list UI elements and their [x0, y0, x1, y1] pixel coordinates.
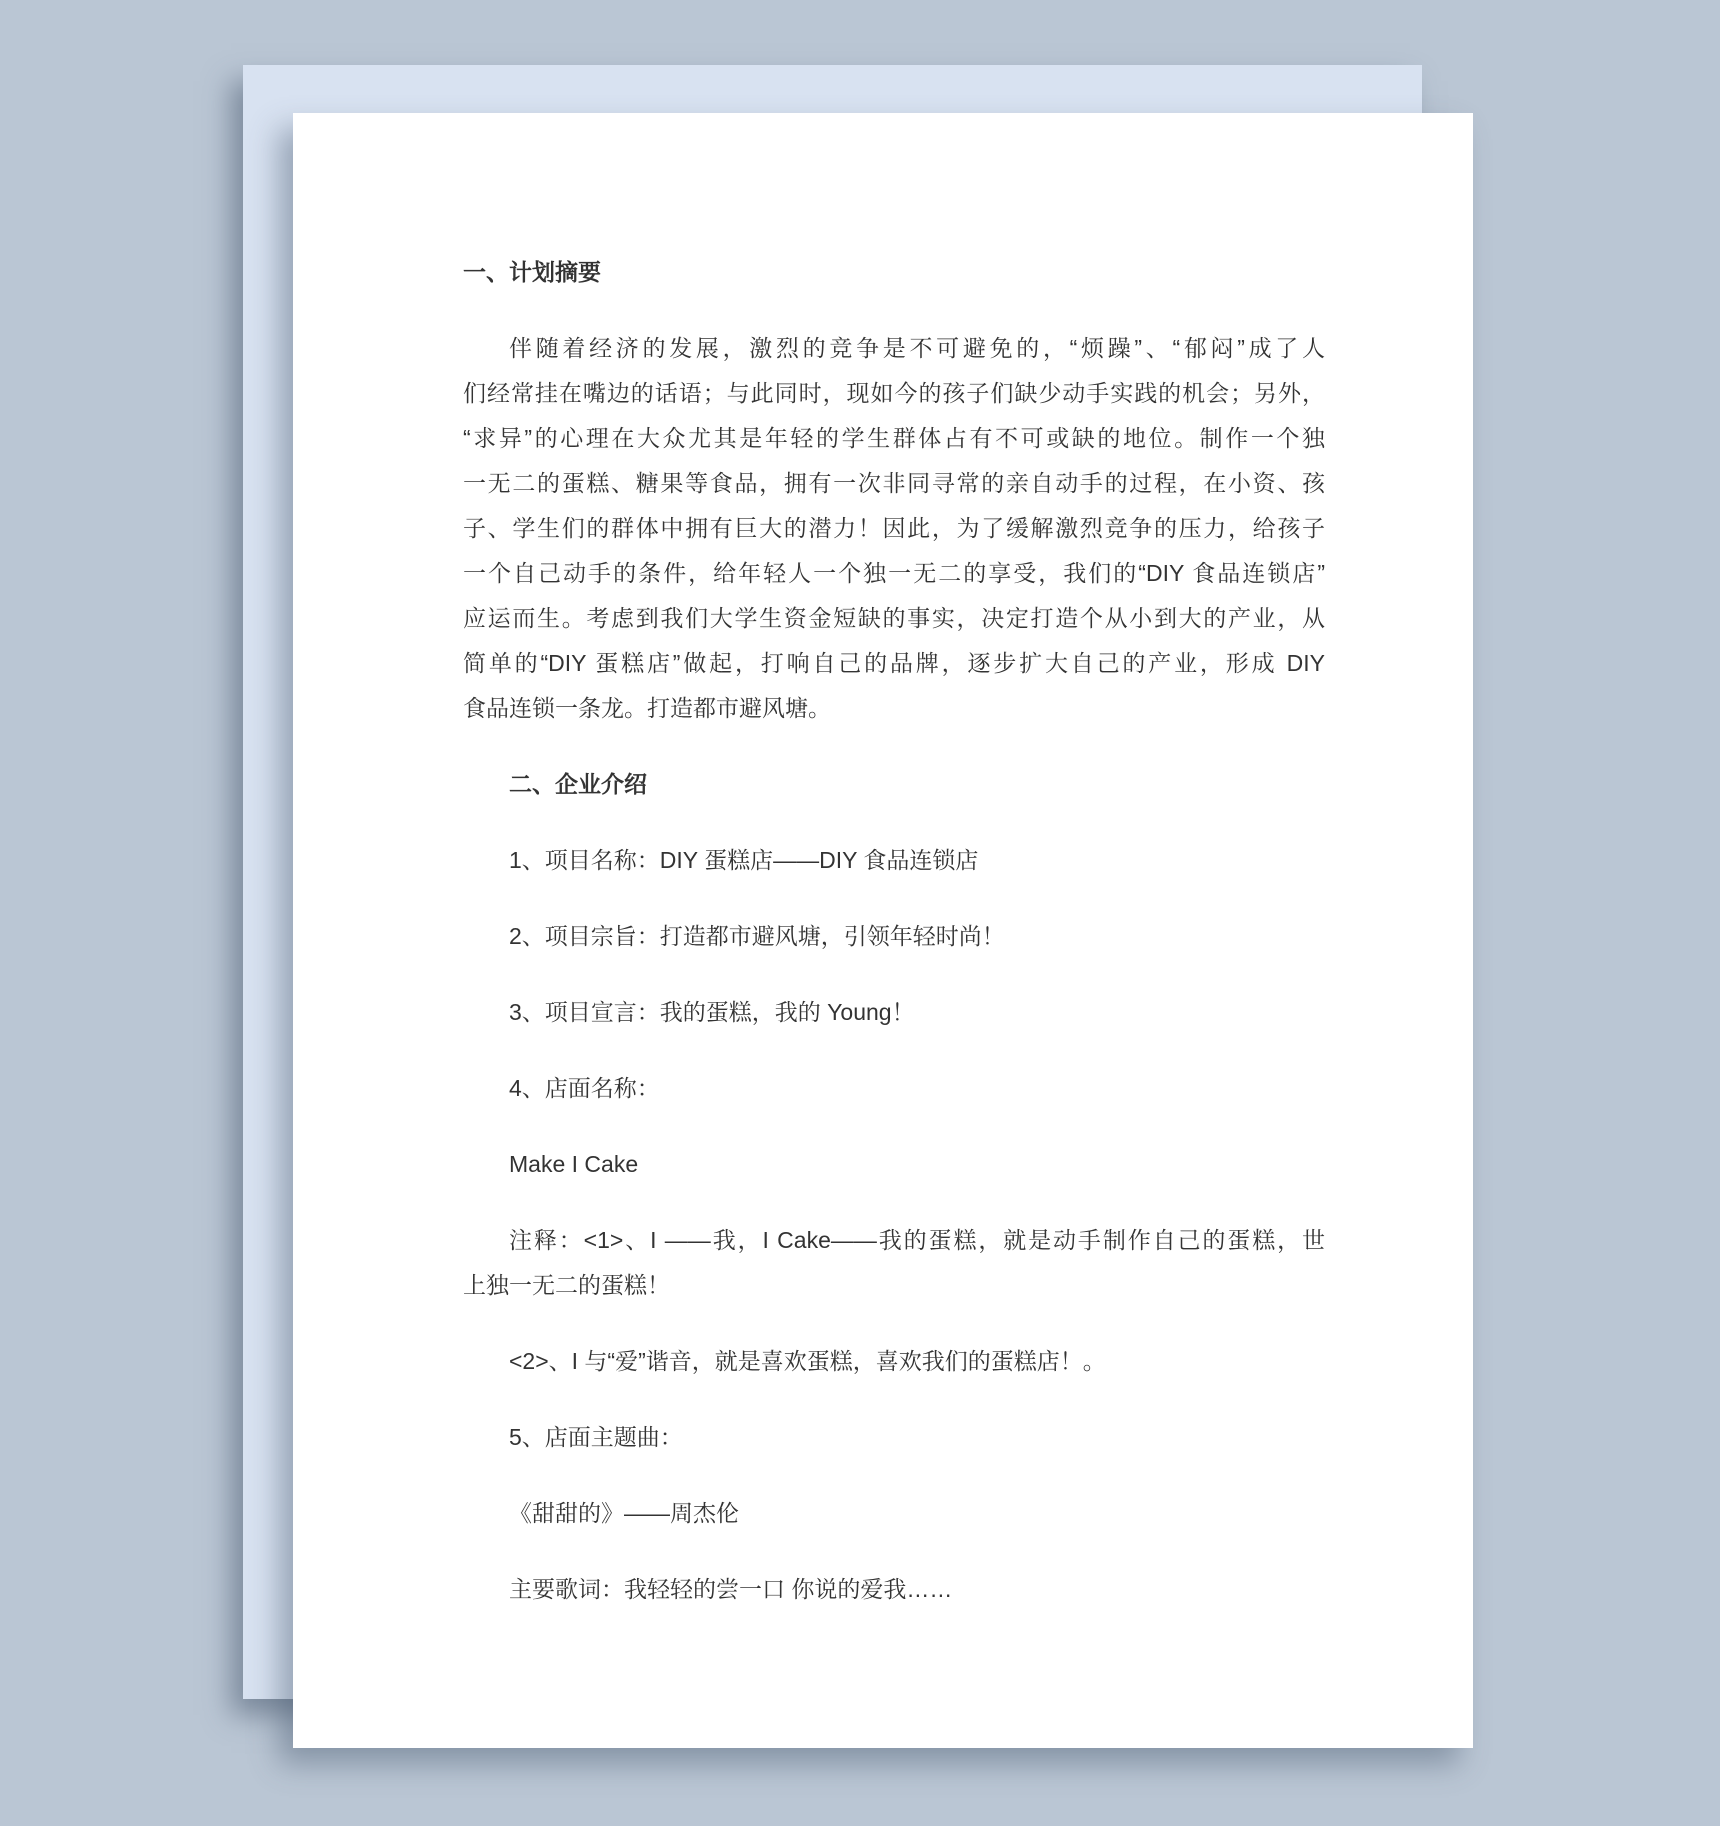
text-line: 一个自己动手的条件，给年轻人一个独一无二的享受，我们的“DIY 食品连锁店”	[463, 551, 1325, 596]
document-page: 一、计划摘要伴随着经济的发展，激烈的竞争是不可避免的，“烦躁”、“郁闷”成了人们…	[293, 113, 1473, 1748]
text-line: “求异”的心理在大众尤其是年轻的学生群体占有不可或缺的地位。制作一个独	[463, 416, 1325, 461]
text-line: 2、项目宗旨：打造都市避风塘，引领年轻时尚！	[463, 914, 1325, 959]
text-line: 5、店面主题曲：	[463, 1415, 1325, 1460]
text-line: 《甜甜的》——周杰伦	[463, 1491, 1325, 1536]
text-line: 伴随着经济的发展，激烈的竞争是不可避免的，“烦躁”、“郁闷”成了人	[463, 326, 1325, 371]
item-project-slogan: 3、项目宣言：我的蛋糕，我的 Young！	[463, 990, 1325, 1035]
summary-paragraph: 伴随着经济的发展，激烈的竞争是不可避免的，“烦躁”、“郁闷”成了人们经常挂在嘴边…	[463, 326, 1325, 731]
section-heading-2: 二、企业介绍	[463, 762, 1325, 807]
text-line: 食品连锁一条龙。打造都市避风塘。	[463, 686, 1325, 731]
item-store-name-label: 4、店面名称：	[463, 1066, 1325, 1111]
text-line: 们经常挂在嘴边的话语；与此同时，现如今的孩子们缺少动手实践的机会；另外，	[463, 371, 1325, 416]
text-line: 应运而生。考虑到我们大学生资金短缺的事实，决定打造个从小到大的产业，从	[463, 596, 1325, 641]
item-project-name: 1、项目名称：DIY 蛋糕店——DIY 食品连锁店	[463, 838, 1325, 883]
store-name: Make I Cake	[463, 1142, 1325, 1187]
text-line: 上独一无二的蛋糕！	[463, 1263, 1325, 1308]
desktop-background: 一、计划摘要伴随着经济的发展，激烈的竞争是不可避免的，“烦躁”、“郁闷”成了人们…	[0, 0, 1720, 1826]
text-line: <2>、I 与“爱”谐音，就是喜欢蛋糕，喜欢我们的蛋糕店！。	[463, 1339, 1325, 1384]
text-line: 简单的“DIY 蛋糕店”做起，打响自己的品牌，逐步扩大自己的产业，形成 DIY	[463, 641, 1325, 686]
text-line: 一、计划摘要	[463, 250, 1325, 295]
text-line: 一无二的蛋糕、糖果等食品，拥有一次非同寻常的亲自动手的过程，在小资、孩	[463, 461, 1325, 506]
item-project-purpose: 2、项目宗旨：打造都市避风塘，引领年轻时尚！	[463, 914, 1325, 959]
store-name-note-1: 注释：<1>、I ——我，I Cake——我的蛋糕，就是动手制作自己的蛋糕，世上…	[463, 1218, 1325, 1308]
text-line: 主要歌词：我轻轻的尝一口 你说的爱我……	[463, 1567, 1325, 1612]
item-theme-song-label: 5、店面主题曲：	[463, 1415, 1325, 1460]
document-content: 一、计划摘要伴随着经济的发展，激烈的竞争是不可避免的，“烦躁”、“郁闷”成了人们…	[463, 250, 1325, 1612]
theme-song-title: 《甜甜的》——周杰伦	[463, 1491, 1325, 1536]
text-line: 3、项目宣言：我的蛋糕，我的 Young！	[463, 990, 1325, 1035]
section-heading-1: 一、计划摘要	[463, 250, 1325, 295]
text-line: Make I Cake	[463, 1142, 1325, 1187]
store-name-note-2: <2>、I 与“爱”谐音，就是喜欢蛋糕，喜欢我们的蛋糕店！。	[463, 1339, 1325, 1384]
text-line: 1、项目名称：DIY 蛋糕店——DIY 食品连锁店	[463, 838, 1325, 883]
text-line: 注释：<1>、I ——我，I Cake——我的蛋糕，就是动手制作自己的蛋糕，世	[463, 1218, 1325, 1263]
text-line: 子、学生们的群体中拥有巨大的潜力！因此，为了缓解激烈竞争的压力，给孩子	[463, 506, 1325, 551]
text-line: 二、企业介绍	[463, 762, 1325, 807]
text-line: 4、店面名称：	[463, 1066, 1325, 1111]
theme-song-lyrics: 主要歌词：我轻轻的尝一口 你说的爱我……	[463, 1567, 1325, 1612]
